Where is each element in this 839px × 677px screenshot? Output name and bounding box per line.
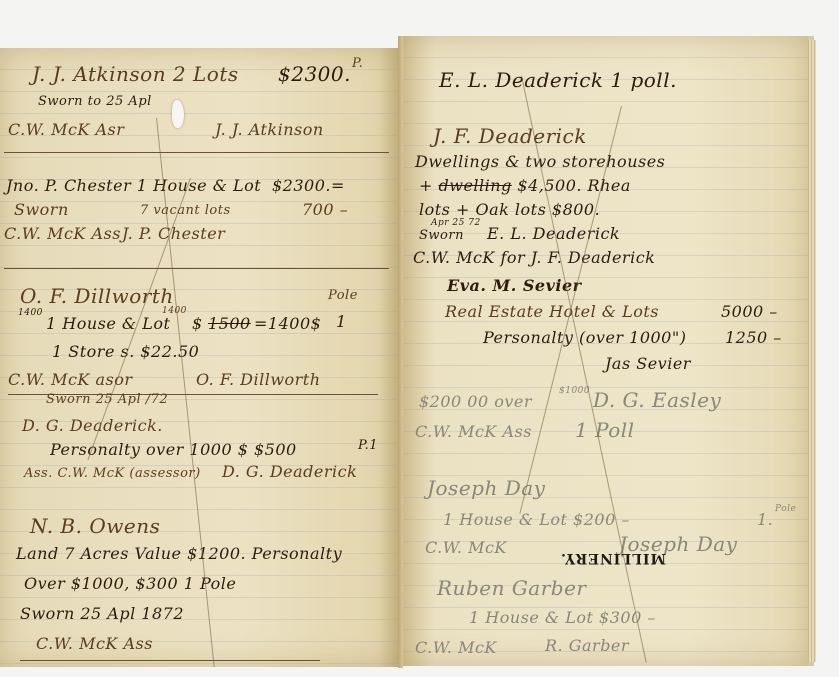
left-ledger-page: J. J. Atkinson 2 Lots $2300. P. Sworn to… [0, 48, 398, 667]
entry-atkinson-assessor: C.W. McK Asr [8, 120, 124, 139]
entry-dg-deaderick-personalty: Personalty over 1000 $ $500 [50, 440, 297, 459]
entry-sevier-personalty: Personalty (over 1000") [483, 328, 686, 347]
entry-garber-name: Ruben Garber [437, 576, 586, 600]
right-ledger-page: E. L. Deaderick 1 poll. J. F. Deaderick … [403, 36, 814, 666]
entry-dg-deaderick-poll-note: P.1 [358, 438, 378, 453]
plus-sign: + [419, 176, 439, 195]
entry-day-poll-label: Pole [775, 504, 796, 514]
paper-tear-hole [172, 100, 184, 128]
entry-atkinson-sworn: Sworn to 25 Apl [38, 94, 152, 109]
entry-sevier-signature: Jas Sevier [605, 354, 691, 373]
entry-atkinson-poll-note: P. [352, 56, 363, 71]
entry-dg-deaderick-name: D. G. Deaderick. [22, 416, 163, 435]
dwelling-amount: $4,500. Rhea [512, 176, 631, 195]
millinery-stamp: MILLINERY. [560, 550, 666, 566]
entry-jf-deaderick-name: J. F. Deaderick [433, 124, 587, 148]
entry-day-assessor: C.W. McK [425, 538, 507, 557]
entry-dillworth-struck-amount: 1500 [208, 314, 251, 333]
entry-chester-amount: $2300.= [272, 176, 345, 195]
entry-atkinson-signature: J. J. Atkinson [215, 120, 324, 139]
entry-dg-deaderick-assessor: Ass. C.W. McK (assessor) [24, 466, 201, 481]
entry-dillworth-poll-count: 1 [336, 312, 347, 331]
entry-garber-signature: R. Garber [545, 636, 629, 655]
entry-easley-over-note: $1000 [559, 386, 590, 396]
entry-chester-signature: J. P. Chester [122, 224, 225, 243]
entry-owens-assessor: C.W. McK Ass [36, 634, 153, 653]
entry-easley-amount: $200 00 over [419, 392, 532, 411]
entry-chester-assessor: C.W. McK Ass [4, 224, 121, 243]
entry-jf-deaderick-lots: lots + Oak lots $800. [419, 200, 600, 219]
entry-dg-deaderick-signature: D. G. Deaderick [222, 462, 357, 481]
entry-atkinson-amount: $2300. [278, 62, 351, 86]
entry-dillworth-house-lot: 1 House & Lot [46, 314, 170, 333]
entry-jf-deaderick-sworn: Sworn [419, 228, 464, 243]
entry-dillworth-poll-label: Pole [328, 288, 358, 303]
entry-owens-name: N. B. Owens [30, 514, 160, 538]
entry-owens-land: Land 7 Acres Value $1200. Personalty [16, 544, 342, 563]
entry-dillworth-signature: O. F. Dillworth [196, 370, 321, 389]
entry-easley-name: D. G. Easley [593, 388, 721, 412]
entry-easley-assessor: C.W. McK Ass [415, 422, 532, 441]
entry-chester-lots: 7 vacant lots [140, 203, 231, 218]
entry-dillworth-margin-note: 1400 [18, 308, 43, 318]
entry-chester-name: Jno. P. Chester 1 House & Lot [6, 176, 261, 195]
entry-divider [20, 660, 320, 661]
entry-jf-deaderick-sworn-date: Apr 25 72 [431, 218, 481, 228]
entry-jf-deaderick-assessor: C.W. McK for J. F. Deaderick [413, 248, 655, 267]
entry-dillworth-correction-note: 1400 [162, 306, 187, 316]
entry-sevier-real-estate-amount: 5000 – [721, 302, 778, 321]
entry-garber-assessor: C.W. McK [415, 638, 497, 657]
entry-owens-sworn: Sworn 25 Apl 1872 [20, 604, 184, 623]
entry-divider [4, 268, 389, 269]
entry-sevier-name: Eva. M. Sevier [447, 276, 582, 295]
entry-chester-lots-amount: 700 – [302, 200, 348, 219]
entry-sevier-real-estate: Real Estate Hotel & Lots [445, 302, 659, 321]
entry-atkinson-name: J. J. Atkinson 2 Lots [32, 62, 239, 86]
entry-chester-sworn: Sworn [14, 200, 69, 219]
entry-dillworth-dollar: $ [192, 314, 203, 333]
entry-day-house-lot: 1 House & Lot $200 – [443, 510, 630, 529]
entry-el-deaderick: E. L. Deaderick 1 poll. [439, 68, 677, 92]
page-edge-stack [808, 40, 816, 662]
entry-garber-house-lot: 1 House & Lot $300 – [469, 608, 656, 627]
entry-sevier-personalty-amount: 1250 – [725, 328, 782, 347]
entry-easley-poll: 1 Poll [575, 418, 635, 442]
entry-dillworth-amount: =1400$ [254, 314, 321, 333]
entry-day-poll-count: 1. [757, 510, 773, 529]
entry-divider [4, 152, 389, 153]
struck-word: dwelling [439, 176, 512, 195]
